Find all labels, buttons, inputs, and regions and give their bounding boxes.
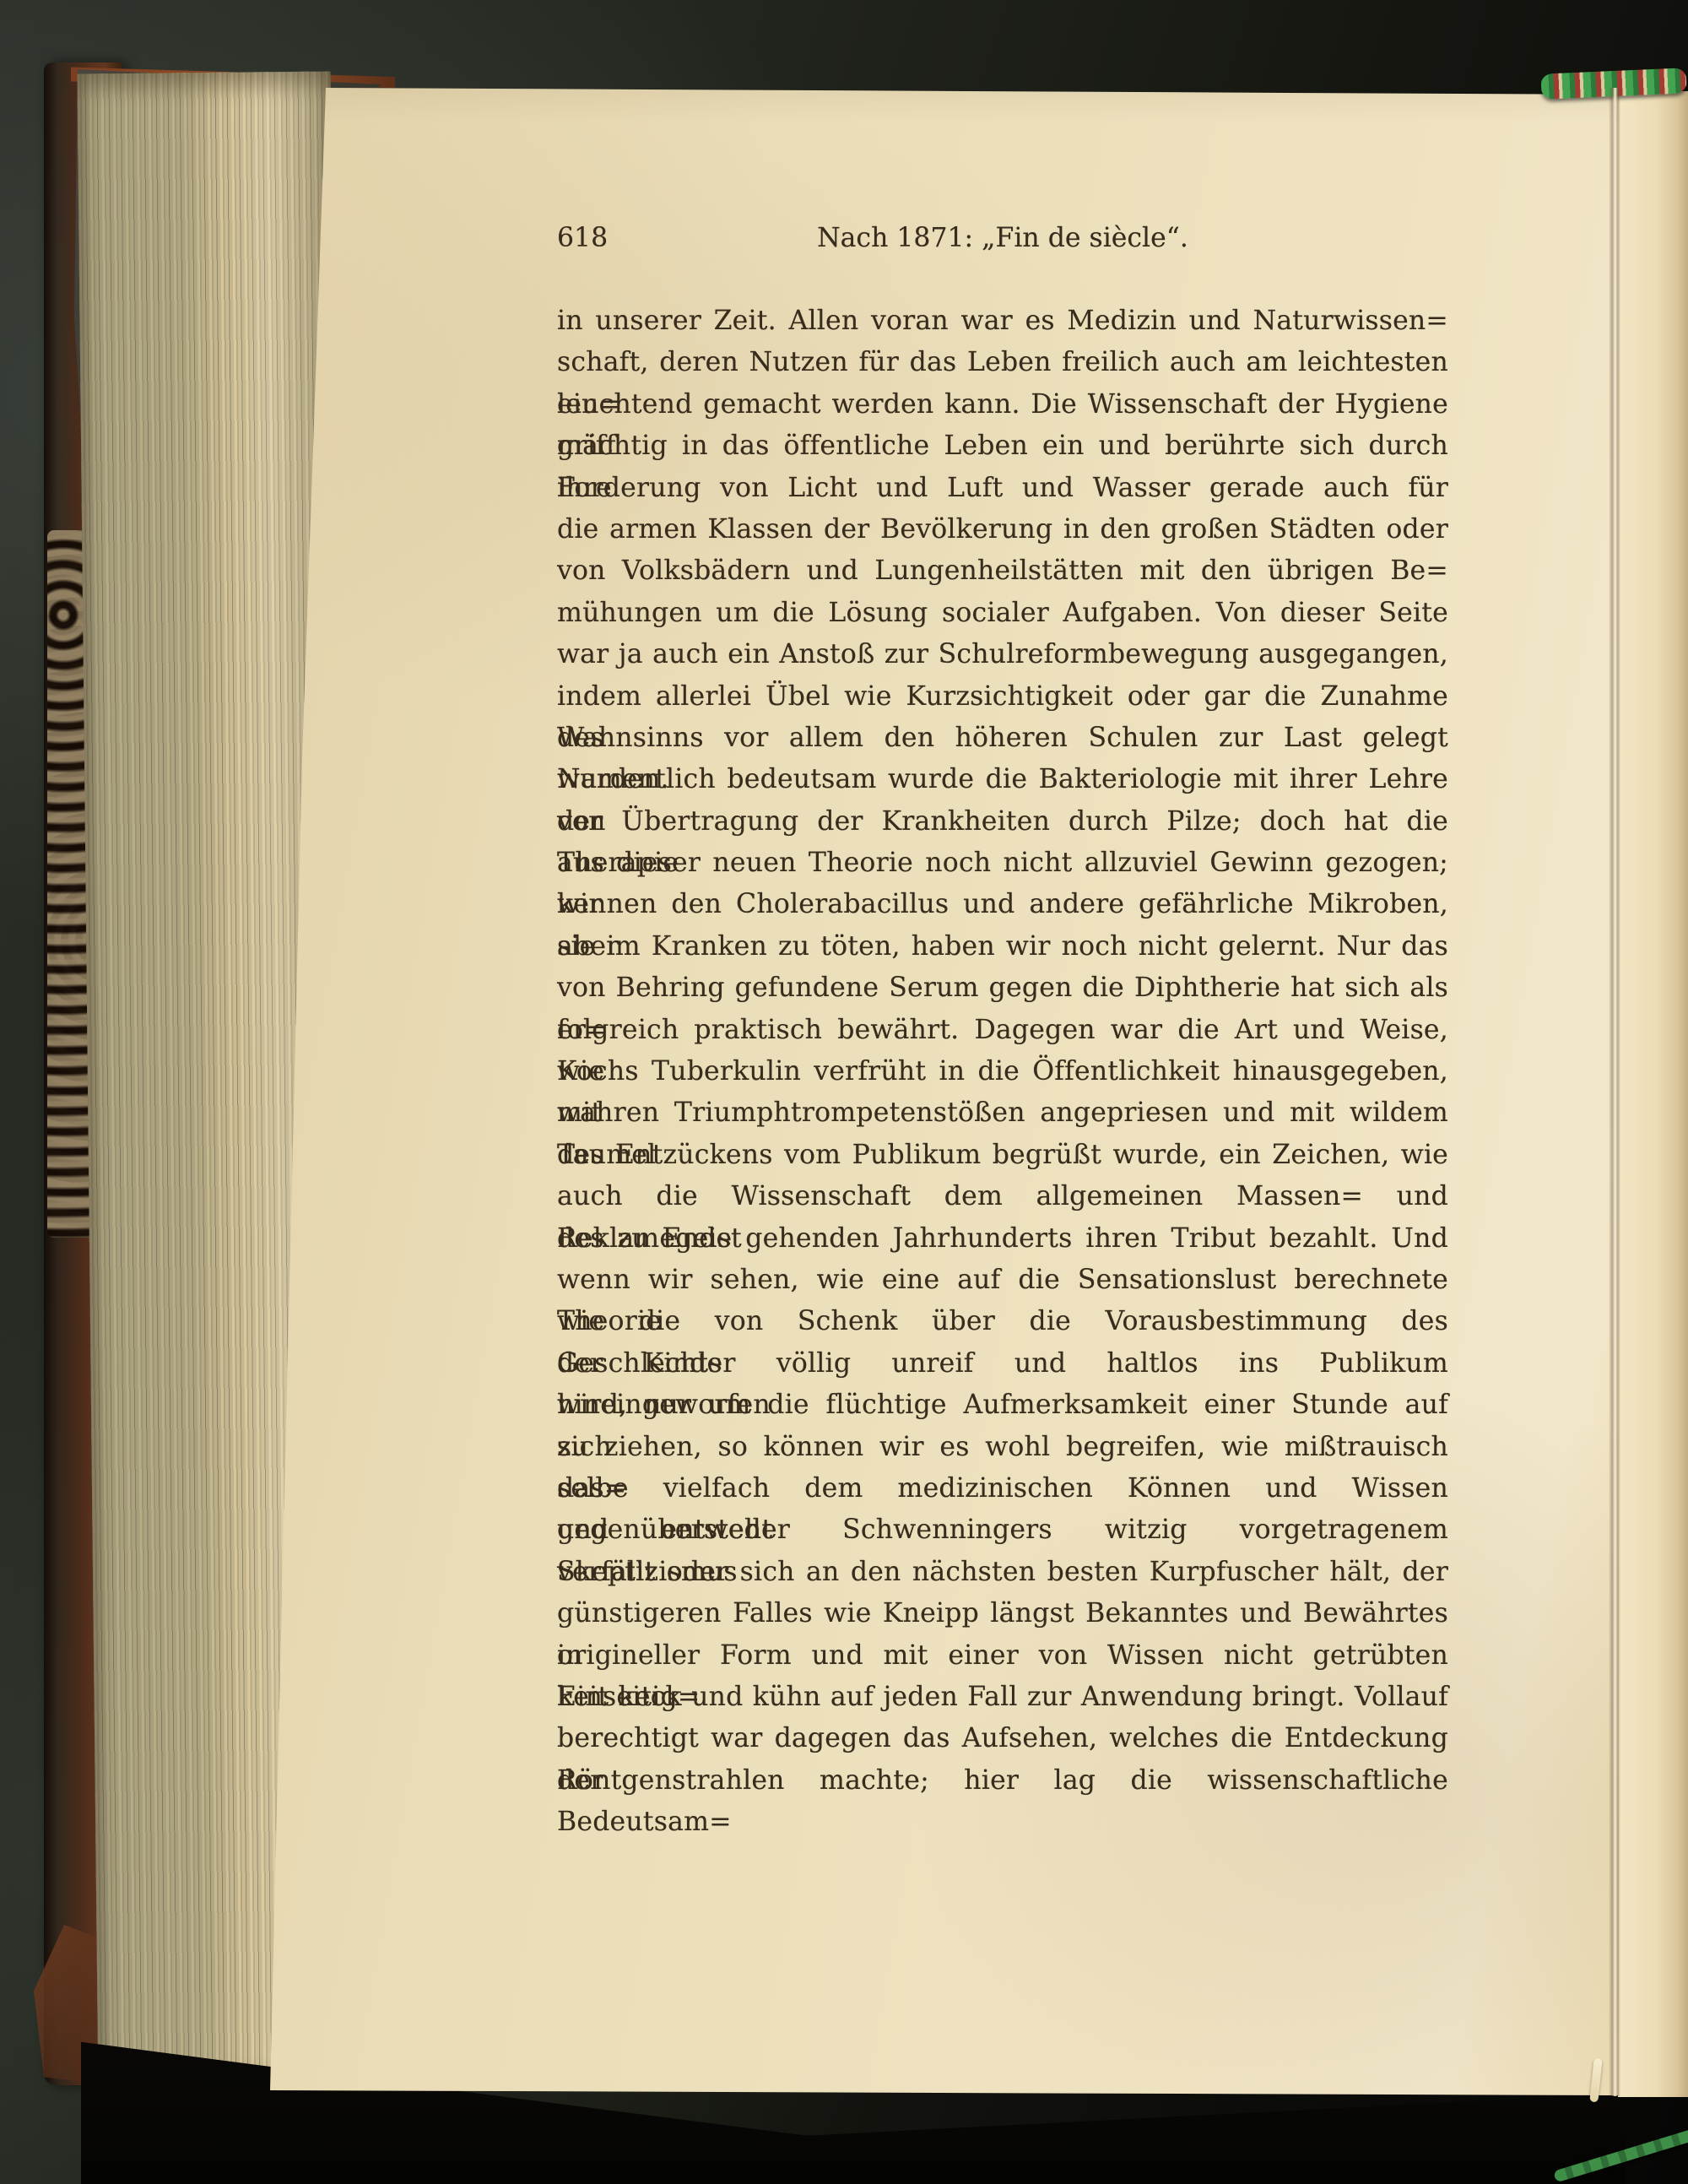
text-line: wie die von Schenk über die Vorausbestim…: [557, 1301, 1448, 1342]
running-title: Nach 1871: „Fin de siècle“.: [557, 218, 1448, 258]
text-line: günstigeren Falles wie Kneipp längst Bek…: [557, 1593, 1448, 1634]
text-line: auch die Wissenschaft dem allgemeinen Ma…: [557, 1176, 1448, 1217]
text-line: die armen Klassen der Bevölkerung in den…: [557, 509, 1448, 550]
text-line: des Entzückens vom Publikum begrüßt wurd…: [557, 1135, 1448, 1176]
text-line: des zu Ende gehenden Jahrhunderts ihren …: [557, 1218, 1448, 1260]
text-line: von Volksbädern und Lungenheilstätten mi…: [557, 550, 1448, 592]
text-line: Wahnsinns vor allem den höheren Schulen …: [557, 718, 1448, 759]
text-line: sie im Kranken zu töten, haben wir noch …: [557, 926, 1448, 967]
text-line: der Kinder völlig unreif und haltlos ins…: [557, 1343, 1448, 1385]
text-line: der Übertragung der Krankheiten durch Pi…: [557, 801, 1448, 843]
text-block: in unserer Zeit. Allen voran war es Medi…: [557, 301, 1448, 1802]
text-line: berechtigt war dagegen das Aufsehen, wel…: [557, 1718, 1448, 1759]
page-header: 618 Nach 1871: „Fin de siècle“.: [557, 218, 1448, 258]
text-line: wenn wir sehen, wie eine auf die Sensati…: [557, 1260, 1448, 1301]
text-line: kennen den Cholerabacillus und andere ge…: [557, 884, 1448, 925]
text-line: indem allerlei Übel wie Kurzsichtigkeit …: [557, 676, 1448, 718]
text-line: schaft, deren Nutzen für das Leben freil…: [557, 342, 1448, 383]
text-line: folgreich praktisch bewährt. Dagegen war…: [557, 1010, 1448, 1051]
text-line: war ja auch ein Anstoß zur Schulreformbe…: [557, 634, 1448, 675]
text-line: Röntgenstrahlen machte; hier lag die wis…: [557, 1760, 1448, 1802]
book-photo: 618 Nach 1871: „Fin de siècle“. in unser…: [0, 0, 1688, 2184]
text-line: keit keck und kühn auf jeden Fall zur An…: [557, 1677, 1448, 1718]
text-line: in unserer Zeit. Allen voran war es Medi…: [557, 301, 1448, 342]
text-line: von Behring gefundene Serum gegen die Di…: [557, 967, 1448, 1009]
text-line: wahren Triumphtrompetenstößen angepriese…: [557, 1092, 1448, 1134]
gutter-fold: [1609, 88, 1620, 2096]
adjacent-page-edge: [1618, 91, 1688, 2097]
text-line: origineller Form und mit einer von Wisse…: [557, 1635, 1448, 1677]
text-line: mächtig in das öffentliche Leben ein und…: [557, 425, 1448, 467]
text-line: Kochs Tuberkulin verfrüht in die Öffentl…: [557, 1051, 1448, 1092]
text-line: selbe vielfach dem medizinischen Können …: [557, 1468, 1448, 1509]
text-line: Namentlich bedeutsam wurde die Bakteriol…: [557, 759, 1448, 800]
text-line: Forderung von Licht und Luft und Wasser …: [557, 468, 1448, 509]
text-line: leuchtend gemacht werden kann. Die Wisse…: [557, 384, 1448, 425]
text-line: aus dieser neuen Theorie noch nicht allz…: [557, 843, 1448, 884]
text-line: verfällt oder sich an den nächsten beste…: [557, 1552, 1448, 1593]
text-line: mühungen um die Lösung socialer Aufgaben…: [557, 593, 1448, 634]
text-line: zu ziehen, so können wir es wohl begreif…: [557, 1427, 1448, 1468]
text-line: und entweder Schwenningers witzig vorget…: [557, 1509, 1448, 1551]
text-line: wird, nur um die flüchtige Aufmerksamkei…: [557, 1385, 1448, 1426]
